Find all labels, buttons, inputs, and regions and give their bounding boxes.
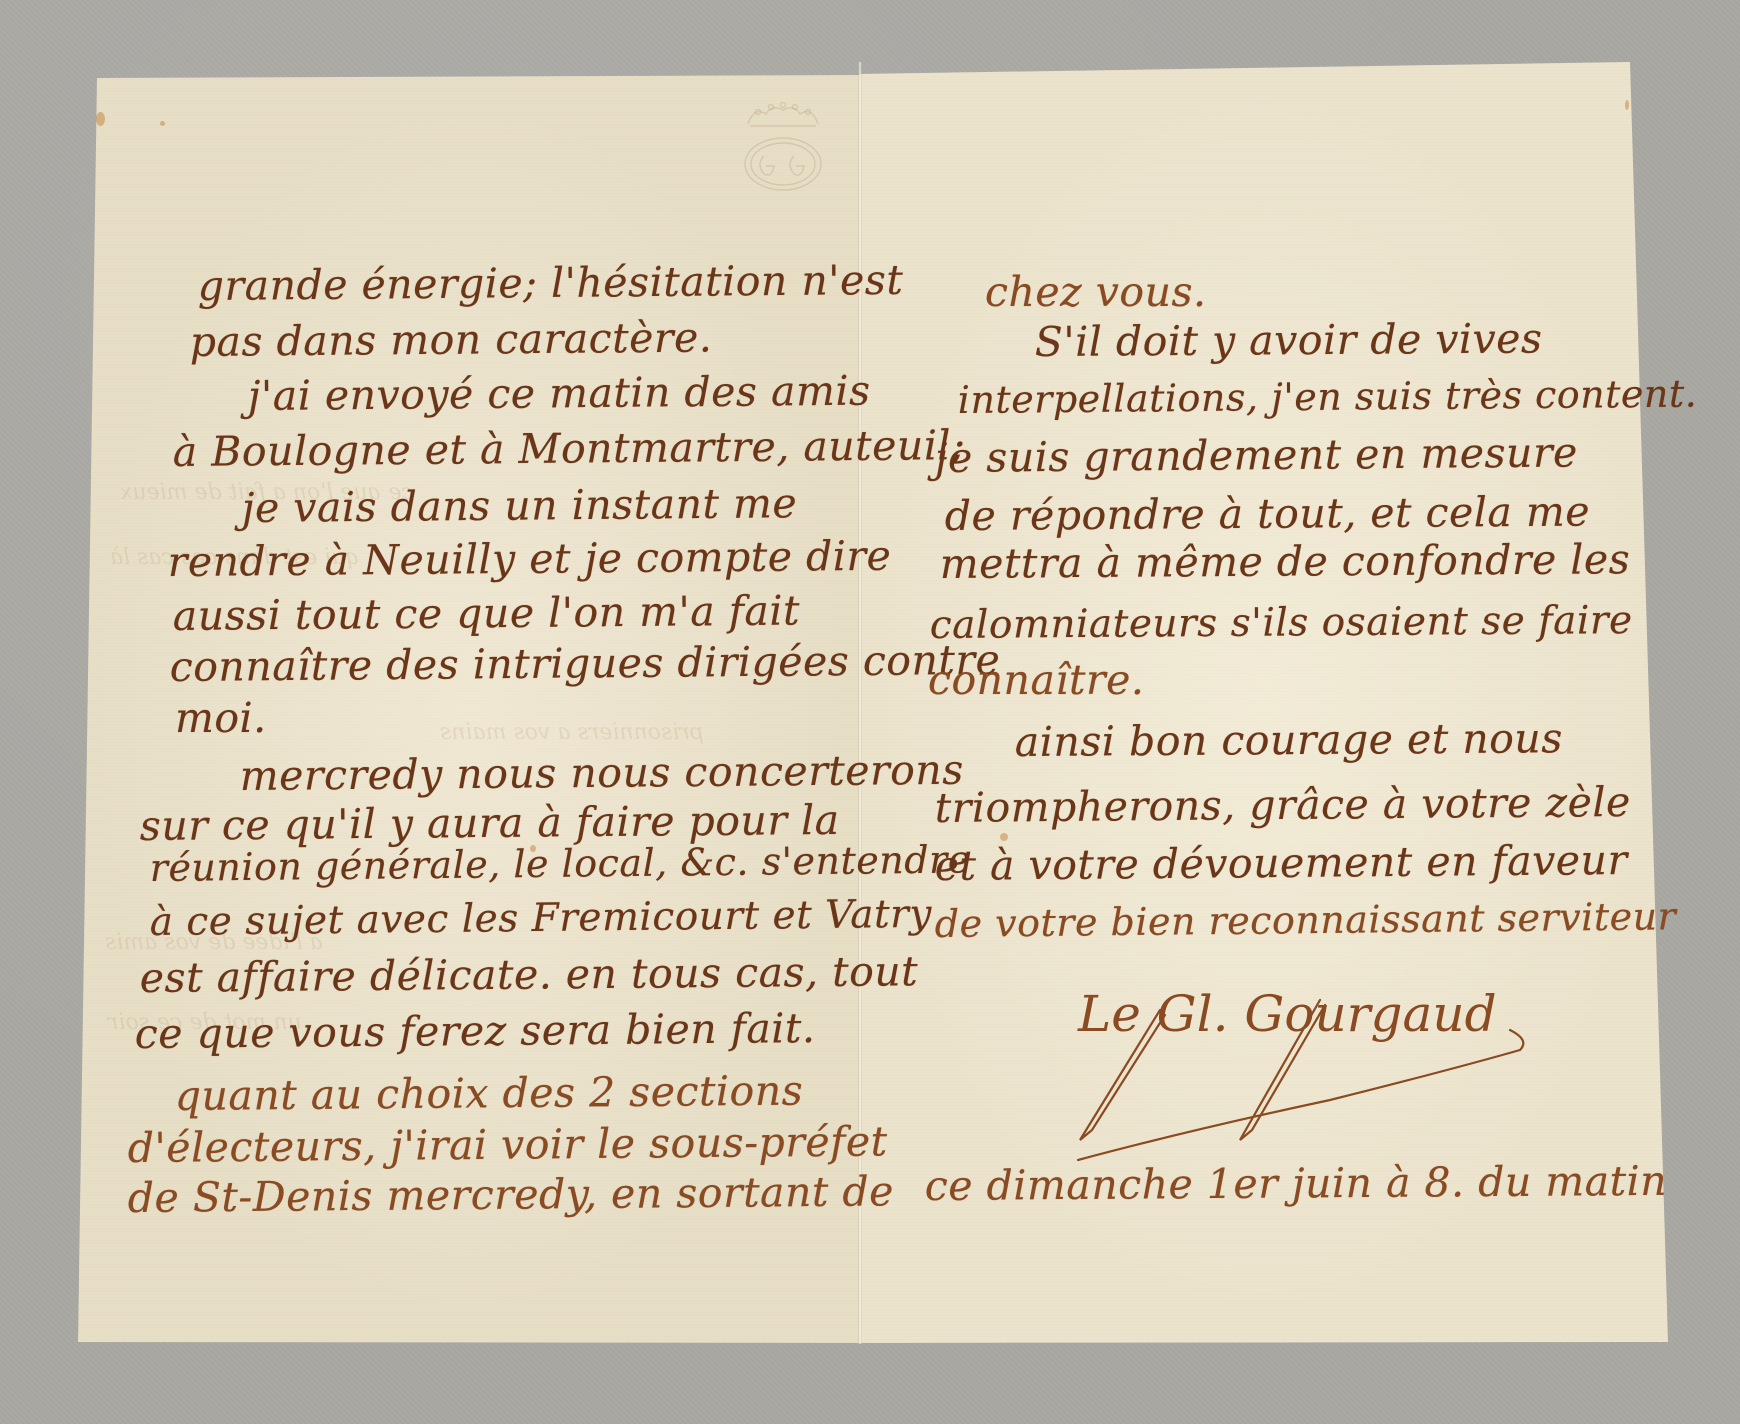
letter-line: mettra à même de confondre les <box>940 535 1631 588</box>
letter-line: connaître des intrigues dirigées contre <box>170 636 1001 691</box>
signature-flourish <box>1070 990 1540 1170</box>
letter-line: calomniateurs s'ils osaient se faire <box>930 598 1633 648</box>
letter-line: est affaire délicate. en tous cas, tout <box>140 947 919 1002</box>
letter-line: pas dans mon caractère. <box>190 313 713 366</box>
letter-line: réunion générale, le local, &c. s'entend… <box>150 837 971 890</box>
letter-line: de répondre à tout, et cela me <box>945 487 1591 540</box>
letter-line: quant au choix des 2 sections <box>175 1067 804 1120</box>
letter-photograph: ce que l'on a fait de mieux qui est dans… <box>0 0 1740 1424</box>
letter-line: rendre à Neuilly et je compte dire <box>168 532 892 586</box>
letter-line: S'il doit y avoir de vives <box>1035 314 1543 366</box>
foxing-stain <box>1625 100 1629 110</box>
foxing-stain <box>1000 833 1008 841</box>
letter-line: connaître. <box>928 656 1144 704</box>
letter-line: ce que vous ferez sera bien fait. <box>135 1004 816 1058</box>
letter-line: mercredy nous nous concerterons <box>240 746 964 800</box>
letter-line: moi. <box>175 694 267 742</box>
date-line: ce dimanche 1er juin à 8. du matin <box>925 1157 1668 1210</box>
letter-line: chez vous. <box>985 268 1207 316</box>
embossed-crest-icon <box>738 96 828 196</box>
letter-line: grande énergie; l'hésitation n'est <box>198 256 904 310</box>
letter-line: ainsi bon courage et nous <box>1015 714 1563 766</box>
letter-line: aussi tout ce que l'on m'a fait <box>173 587 801 640</box>
letter-line: à Boulogne et à Montmartre, auteuil; <box>173 421 966 476</box>
letter-line: interpellations, j'en suis très content. <box>958 372 1698 422</box>
letter-line: je vais dans un instant me <box>242 479 798 532</box>
foxing-stain <box>96 112 105 126</box>
letter-line: triompherons, grâce à votre zèle <box>935 778 1631 832</box>
letter-line: de votre bien reconnaissant serviteur <box>935 894 1677 946</box>
letter-line: je suis grandement en mesure <box>935 428 1578 482</box>
foxing-stain <box>160 121 165 126</box>
letter-line: de St-Denis mercredy, en sortant de <box>128 1167 895 1222</box>
letter-line: à ce sujet avec les Fremicourt et Vatry <box>150 892 933 945</box>
letter-line: et à votre dévouement en faveur <box>935 836 1628 890</box>
letter-line: j'ai envoyé ce matin des amis <box>248 367 871 420</box>
letter-line: d'électeurs, j'irai voir le sous-préfet <box>128 1117 888 1172</box>
